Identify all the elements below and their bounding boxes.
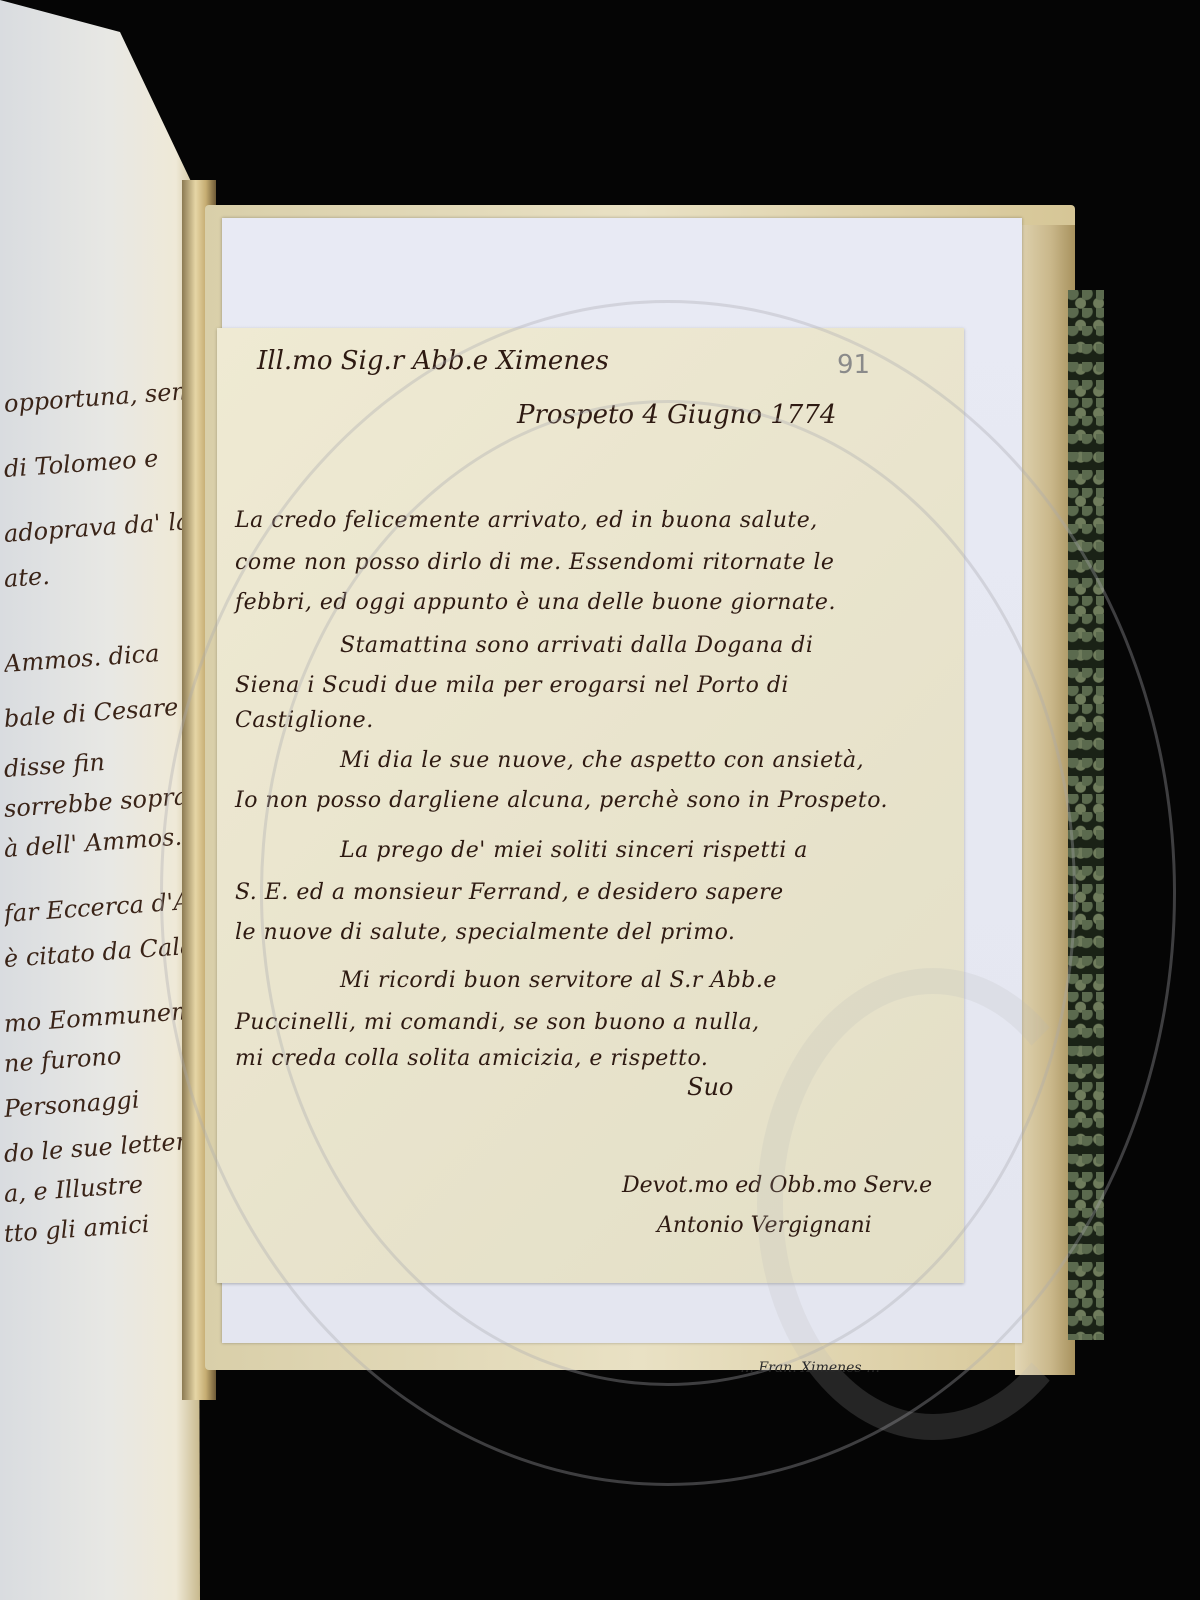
dateline: Prospeto 4 Giugno 1774 — [517, 400, 836, 430]
body-line: S. E. ed a monsieur Ferrand, e desidero … — [235, 880, 784, 905]
left-page-line: à dell' Ammos. — [3, 822, 191, 863]
document-photo: opportuna, senza di Tolomeo e adoprava d… — [0, 0, 1200, 1600]
marbled-cover-edge — [1068, 290, 1104, 1340]
body-line: le nuove di salute, specialmente del pri… — [235, 920, 735, 945]
left-page-line: è citato da Cala — [3, 932, 191, 973]
left-page-line: tto gli amici — [3, 1207, 191, 1248]
folio-number: 91 — [837, 350, 870, 380]
letter-sheet: Ill.mo Sig.r Abb.e Ximenes 91 Prospeto 4… — [217, 328, 964, 1283]
page-edges — [1015, 225, 1075, 1375]
left-page-line: far Eccerca d'Ale — [3, 887, 191, 928]
body-line: febbri, ed oggi appunto è una delle buon… — [235, 590, 836, 615]
left-page-line: Personaggi — [3, 1082, 191, 1123]
left-page-line: ate. — [3, 552, 191, 593]
body-line: Io non posso dargliene alcuna, perchè so… — [235, 788, 888, 813]
body-line: come non posso dirlo di me. Essendomi ri… — [235, 550, 834, 575]
left-page-line: bale di Cesare — [3, 692, 191, 733]
left-page-line: mo Eommunemente — [3, 997, 191, 1038]
body-line: Siena i Scudi due mila per erogarsi nel … — [235, 673, 789, 698]
left-page-line: do le sue lettere — [3, 1127, 191, 1168]
signature-line-1: Devot.mo ed Obb.mo Serv.e — [622, 1173, 932, 1198]
left-page-line: Ammos. dica — [3, 637, 191, 678]
body-line: Stamattina sono arrivati dalla Dogana di — [235, 633, 813, 658]
left-page-line: a, e Illustre — [3, 1167, 191, 1208]
body-line: Mi ricordi buon servitore al S.r Abb.e — [235, 968, 777, 993]
body-line: Castiglione. — [235, 708, 374, 733]
salutation: Ill.mo Sig.r Abb.e Ximenes — [257, 346, 609, 376]
closing: Suo — [687, 1073, 733, 1101]
body-line: mi creda colla solita amicizia, e rispet… — [235, 1046, 708, 1071]
left-facing-page: opportuna, senza di Tolomeo e adoprava d… — [0, 0, 200, 1600]
body-line: La credo felicemente arrivato, ed in buo… — [235, 508, 818, 533]
left-page-line: ne furono — [3, 1037, 191, 1078]
left-page-line: di Tolomeo e — [3, 442, 191, 483]
body-line: Mi dia le sue nuove, che aspetto con ans… — [235, 748, 864, 773]
left-page-line: adoprava da' la — [3, 507, 191, 548]
body-line: La prego de' miei soliti sinceri rispett… — [235, 838, 808, 863]
signature-line-2: Antonio Vergignani — [657, 1213, 872, 1238]
left-page-line: opportuna, senza — [3, 377, 191, 418]
left-page-line: disse fin — [3, 742, 191, 783]
body-line: Puccinelli, mi comandi, se son buono a n… — [235, 1010, 760, 1035]
left-page-line: sorrebbe sopra — [3, 782, 191, 823]
bottom-margin-note: … Fran. Ximenes … — [740, 1360, 880, 1376]
